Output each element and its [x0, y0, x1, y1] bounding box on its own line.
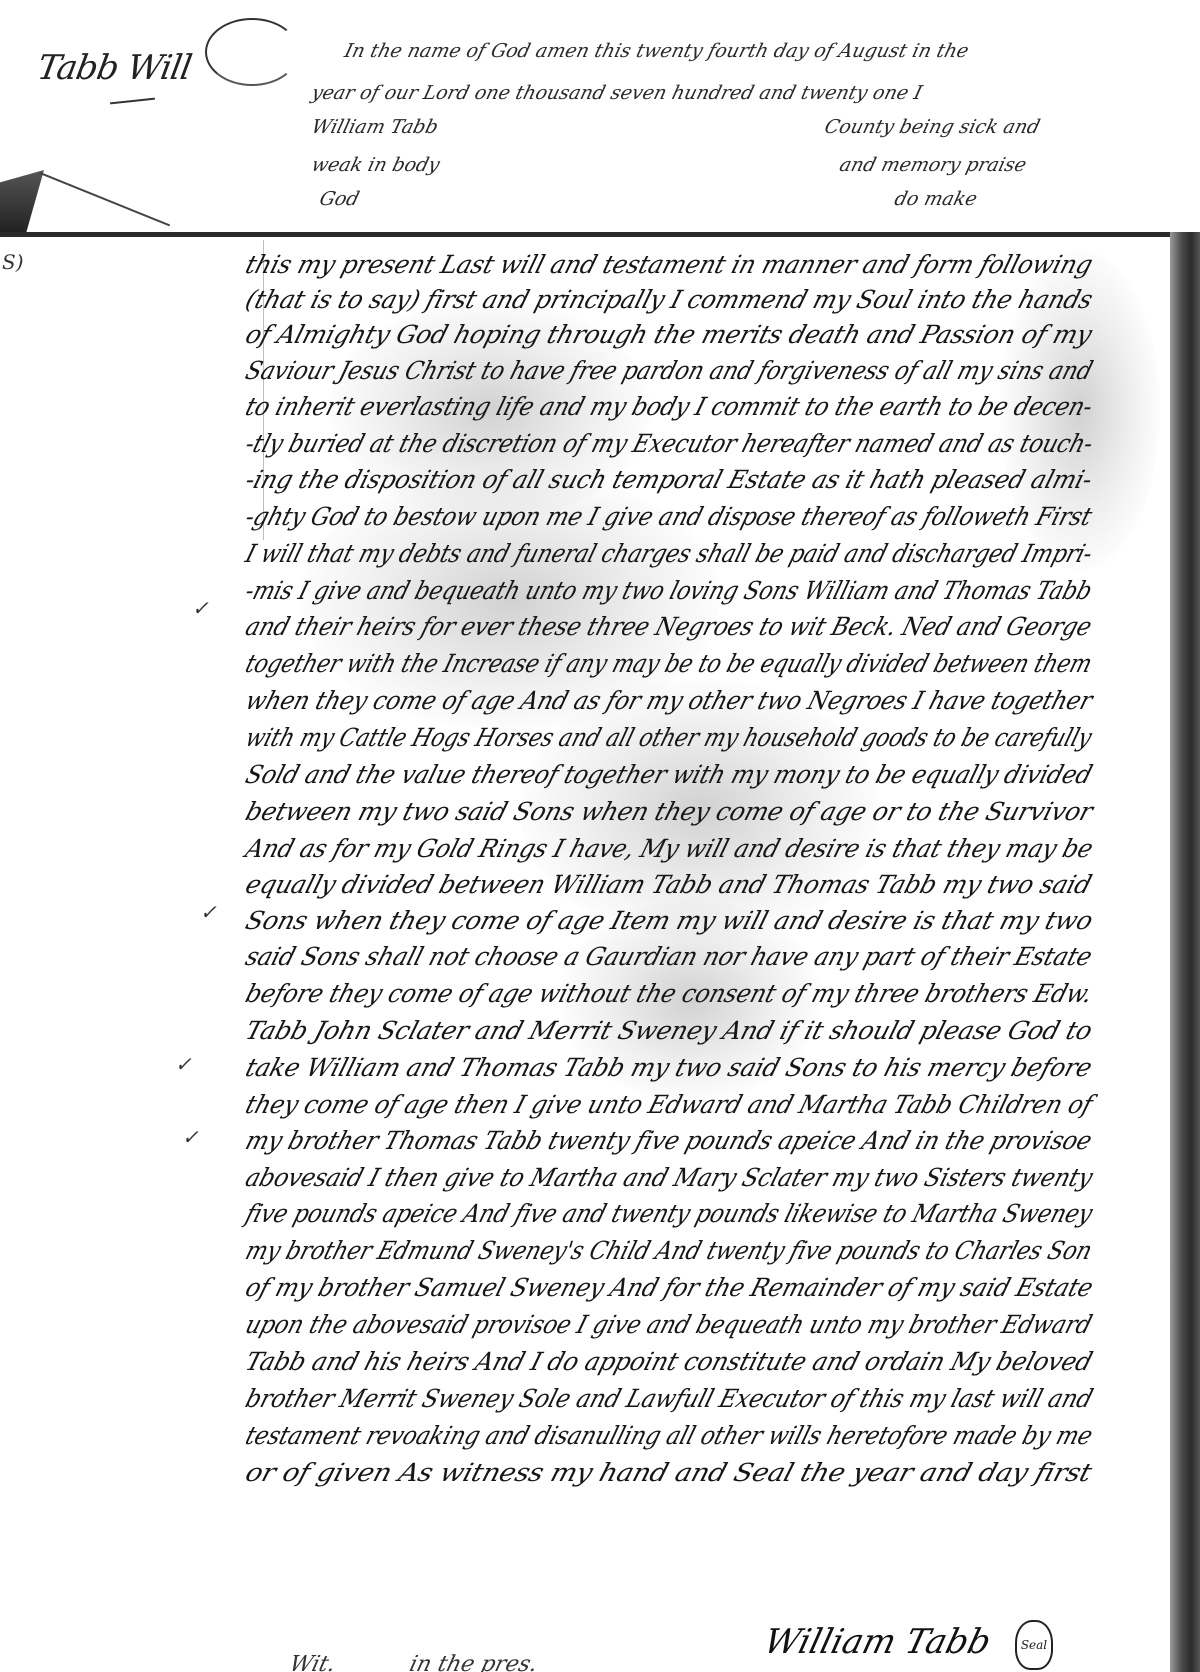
- witness-fragment: Wit.: [287, 1652, 338, 1672]
- fragment-line-right: County being sick and: [822, 116, 1042, 138]
- text-line: or of given As witness my hand and Seal …: [243, 1460, 1095, 1485]
- check-mark-icon: ✓: [175, 1052, 192, 1076]
- text-line: Tabb and his heirs And I do appoint cons…: [243, 1349, 1095, 1374]
- text-line: brother Merrit Sweney Sole and Lawfull E…: [243, 1386, 1096, 1411]
- text-line: before they come of age without the cons…: [243, 981, 1095, 1006]
- text-line: abovesaid I then give to Martha and Mary…: [243, 1165, 1096, 1190]
- fragment-line: God: [317, 188, 361, 210]
- fold-line: [40, 172, 170, 226]
- seal-icon: Seal: [1015, 1620, 1053, 1670]
- text-line: my brother Thomas Tabb twenty five pound…: [243, 1128, 1095, 1153]
- text-line: of my brother Samuel Sweney And for the …: [243, 1275, 1096, 1300]
- text-line: between my two said Sons when they come …: [243, 799, 1096, 824]
- text-line: equally divided between William Tabb and…: [243, 872, 1094, 897]
- text-line: said Sons shall not choose a Gaurdian no…: [243, 944, 1095, 969]
- text-line: Tabb John Sclater and Merrit Sweney And …: [243, 1018, 1095, 1043]
- check-mark-icon: ✓: [200, 900, 217, 924]
- text-line: Saviour Jesus Christ to have free pardon…: [243, 358, 1096, 383]
- fragment-line: In the name of God amen this twenty four…: [342, 40, 971, 62]
- previous-page-fragment: Tabb Will In the name of God amen this t…: [0, 0, 1200, 232]
- text-line: upon the abovesaid provisoe I give and b…: [243, 1312, 1095, 1337]
- text-line: And as for my Gold Rings I have, My will…: [243, 836, 1096, 861]
- fragment-line-right: and memory praise: [837, 154, 1028, 176]
- text-line: this my present Last will and testament …: [243, 252, 1095, 277]
- initial-flourish: [205, 18, 299, 86]
- text-line: five pounds apeice And five and twenty p…: [243, 1201, 1095, 1226]
- testator-signature: William Tabb: [760, 1622, 995, 1662]
- text-line: (that is to say) first and principally I…: [243, 287, 1096, 312]
- fragment-line: William Tabb: [309, 116, 440, 138]
- margin-annotation: S): [2, 250, 24, 274]
- text-line: and their heirs for ever these three Neg…: [243, 614, 1095, 639]
- page-binding-edge: [1170, 232, 1200, 1672]
- text-line: my brother Edmund Sweney's Child And twe…: [243, 1238, 1095, 1263]
- witness-fragment: in the pres.: [407, 1652, 540, 1672]
- text-line: when they come of age And as for my othe…: [243, 688, 1095, 713]
- page-corner-fold: [0, 170, 44, 232]
- docket-title: Tabb Will: [34, 48, 194, 88]
- text-line: -ing the disposition of all such tempora…: [243, 467, 1095, 492]
- text-line: Sons when they come of age Item my will …: [243, 908, 1096, 933]
- text-line: I will that my debts and funeral charges…: [243, 541, 1095, 566]
- text-line: they come of age then I give unto Edward…: [243, 1092, 1095, 1117]
- text-line: -tly buried at the discretion of my Exec…: [243, 431, 1096, 456]
- text-line: testament revoaking and disanulling all …: [243, 1423, 1095, 1448]
- text-line: -mis I give and bequeath unto my two lov…: [243, 578, 1095, 603]
- check-mark-icon: ✓: [182, 1125, 199, 1149]
- docket-underline: [110, 98, 155, 105]
- text-line: together with the Increase if any may be…: [243, 651, 1095, 676]
- text-line: of Almighty God hoping through the merit…: [243, 322, 1095, 347]
- fragment-line: year of our Lord one thousand seven hund…: [309, 82, 924, 104]
- text-line: take William and Thomas Tabb my two said…: [243, 1055, 1095, 1080]
- fragment-line-right: do make: [892, 188, 979, 210]
- text-line: Sold and the value thereof together with…: [243, 762, 1095, 787]
- text-line: with my Cattle Hogs Horses and all other…: [243, 725, 1095, 750]
- text-line: to inherit everlasting life and my body …: [243, 394, 1095, 419]
- text-line: -ghty God to bestow upon me I give and d…: [243, 504, 1095, 529]
- check-mark-icon: ✓: [192, 596, 209, 620]
- fragment-line: weak in body: [309, 154, 442, 176]
